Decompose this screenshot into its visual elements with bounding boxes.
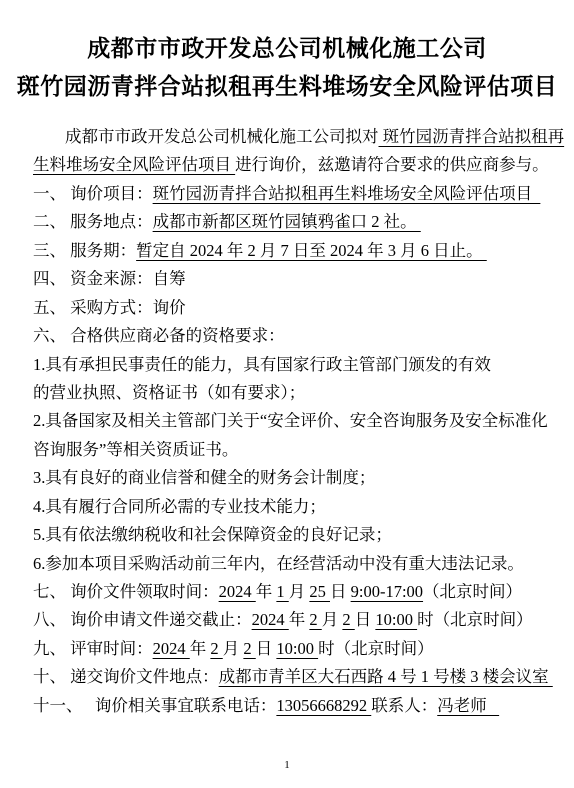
- underlined-text-segment: 2: [210, 639, 222, 658]
- document-line: 五、 采购方式：询价: [33, 294, 568, 322]
- document-title-block: 成都市市政开发总公司机械化施工公司 斑竹园沥青拌合站拟租再生料堆场安全风险评估项…: [0, 0, 574, 106]
- underlined-text-segment: 成都市青羊区大石西路 4 号 1 号楼 3 楼会议室: [219, 667, 553, 686]
- underlined-text-segment: 9:00-17:00: [351, 582, 423, 601]
- document-line: 一、 询价项目：斑竹园沥青拌合站拟租再生料堆场安全风险评估项目: [33, 180, 568, 208]
- document-line: 成都市市政开发总公司机械化施工公司拟对 斑竹园沥青拌合站拟租再: [33, 123, 568, 151]
- document-body: 成都市市政开发总公司机械化施工公司拟对 斑竹园沥青拌合站拟租再生料堆场安全风险评…: [0, 106, 574, 720]
- document-line: 二、 服务地点：成都市新都区斑竹园镇鸦雀口 2 社。: [33, 208, 568, 236]
- text-segment: 十一、 询价相关事宜联系电话：: [33, 696, 276, 715]
- text-segment: 的营业执照、资格证书（如有要求）；: [33, 383, 305, 402]
- underlined-text-segment: 成都市新都区斑竹园镇鸦雀口 2 社。: [153, 212, 421, 231]
- text-segment: 九、 评审时间：: [33, 639, 153, 658]
- underlined-text-segment: 2: [342, 610, 354, 629]
- underlined-text-segment: 斑竹园沥青拌合站拟租再生料堆场安全风险评估项目: [153, 184, 541, 203]
- text-segment: 2.具备国家及相关主管部门关于“安全评价、安全咨询服务及安全标准化: [33, 411, 548, 430]
- document-line: 十、 递交询价文件地点：成都市青羊区大石西路 4 号 1 号楼 3 楼会议室: [33, 663, 568, 691]
- text-segment: 成都市市政开发总公司机械化施工公司拟对: [65, 127, 379, 146]
- text-segment: 咨询服务”等相关资质证书。: [33, 440, 238, 459]
- text-segment: 3.具有良好的商业信誉和健全的财务会计制度；: [33, 468, 375, 487]
- text-segment: 七、 询价文件领取时间：: [33, 582, 219, 601]
- text-segment: 年: [289, 610, 310, 629]
- underlined-text-segment: 生料堆场安全风险评估项目: [33, 155, 235, 174]
- document-title-line-1: 成都市市政开发总公司机械化施工公司: [0, 30, 574, 68]
- document-title-line-2: 斑竹园沥青拌合站拟租再生料堆场安全风险评估项目: [0, 68, 574, 106]
- text-segment: 月: [322, 610, 343, 629]
- text-segment: 月: [289, 582, 310, 601]
- underlined-text-segment: 1: [276, 582, 288, 601]
- text-segment: 日: [256, 639, 277, 658]
- text-segment: 年: [190, 639, 211, 658]
- text-segment: 4.具有履行合同所必需的专业技术能力；: [33, 497, 326, 516]
- document-line: 七、 询价文件领取时间：2024 年 1 月 25 日 9:00-17:00（北…: [33, 578, 568, 606]
- underlined-text-segment: 2024: [153, 639, 190, 658]
- document-line: 三、 服务期：暂定自 2024 年 2 月 7 日至 2024 年 3 月 6 …: [33, 237, 568, 265]
- underlined-text-segment: 2024: [252, 610, 289, 629]
- text-segment: （北京时间）: [423, 582, 522, 601]
- text-segment: 时（北京时间）: [318, 639, 434, 658]
- text-segment: 四、 资金来源：自筹: [33, 269, 186, 288]
- document-line: 1.具有承担民事责任的能力，具有国家行政主管部门颁发的有效: [33, 351, 568, 379]
- text-segment: 时（北京时间）: [417, 610, 533, 629]
- text-segment: 月: [223, 639, 244, 658]
- text-segment: 三、 服务期：: [33, 241, 136, 260]
- document-line: 咨询服务”等相关资质证书。: [33, 436, 568, 464]
- underlined-text-segment: 2: [309, 610, 321, 629]
- text-segment: 1.具有承担民事责任的能力，具有国家行政主管部门颁发的有效: [33, 355, 491, 374]
- underlined-text-segment: 10:00: [276, 639, 318, 658]
- text-segment: 进行询价，兹邀请符合要求的供应商参与。: [235, 155, 549, 174]
- underlined-text-segment: 2: [243, 639, 255, 658]
- document-line: 十一、 询价相关事宜联系电话：13056668292 联系人：冯老师: [33, 692, 568, 720]
- document-line: 四、 资金来源：自筹: [33, 265, 568, 293]
- underlined-text-segment: 10:00: [375, 610, 417, 629]
- document-line: 九、 评审时间：2024 年 2 月 2 日 10:00 时（北京时间）: [33, 635, 568, 663]
- document-line: 3.具有良好的商业信誉和健全的财务会计制度；: [33, 464, 568, 492]
- document-line: 六、 合格供应商必备的资格要求：: [33, 322, 568, 350]
- document-line: 6.参加本项目采购活动前三年内，在经营活动中没有重大违法记录。: [33, 550, 568, 578]
- document-line: 八、 询价申请文件递交截止：2024 年 2 月 2 日 10:00 时（北京时…: [33, 606, 568, 634]
- underlined-text-segment: 25: [309, 582, 330, 601]
- text-segment: 五、 采购方式：询价: [33, 298, 186, 317]
- text-segment: 一、 询价项目：: [33, 184, 153, 203]
- page-number: 1: [0, 759, 574, 771]
- text-segment: 年: [256, 582, 277, 601]
- document-line: 生料堆场安全风险评估项目 进行询价，兹邀请符合要求的供应商参与。: [33, 151, 568, 179]
- document-line: 5.具有依法缴纳税收和社会保障资金的良好记录；: [33, 521, 568, 549]
- text-segment: 6.参加本项目采购活动前三年内，在经营活动中没有重大违法记录。: [33, 554, 524, 573]
- text-segment: 联系人：: [371, 696, 437, 715]
- underlined-text-segment: 2024: [219, 582, 256, 601]
- text-segment: 日: [330, 582, 351, 601]
- document-line: 4.具有履行合同所必需的专业技术能力；: [33, 493, 568, 521]
- text-segment: 日: [355, 610, 376, 629]
- text-segment: 八、 询价申请文件递交截止：: [33, 610, 252, 629]
- text-segment: 十、 递交询价文件地点：: [33, 667, 219, 686]
- underlined-text-segment: 暂定自 2024 年 2 月 7 日至 2024 年 3 月 6 日止。: [136, 241, 487, 260]
- text-segment: 六、 合格供应商必备的资格要求：: [33, 326, 285, 345]
- document-line: 的营业执照、资格证书（如有要求）；: [33, 379, 568, 407]
- underlined-text-segment: 冯老师: [437, 696, 499, 715]
- document-line: 2.具备国家及相关主管部门关于“安全评价、安全咨询服务及安全标准化: [33, 407, 568, 435]
- text-segment: 二、 服务地点：: [33, 212, 153, 231]
- underlined-text-segment: 斑竹园沥青拌合站拟租再: [379, 127, 565, 146]
- document-page: 成都市市政开发总公司机械化施工公司 斑竹园沥青拌合站拟租再生料堆场安全风险评估项…: [0, 0, 574, 788]
- underlined-text-segment: 13056668292: [276, 696, 371, 715]
- text-segment: 5.具有依法缴纳税收和社会保障资金的良好记录；: [33, 525, 392, 544]
